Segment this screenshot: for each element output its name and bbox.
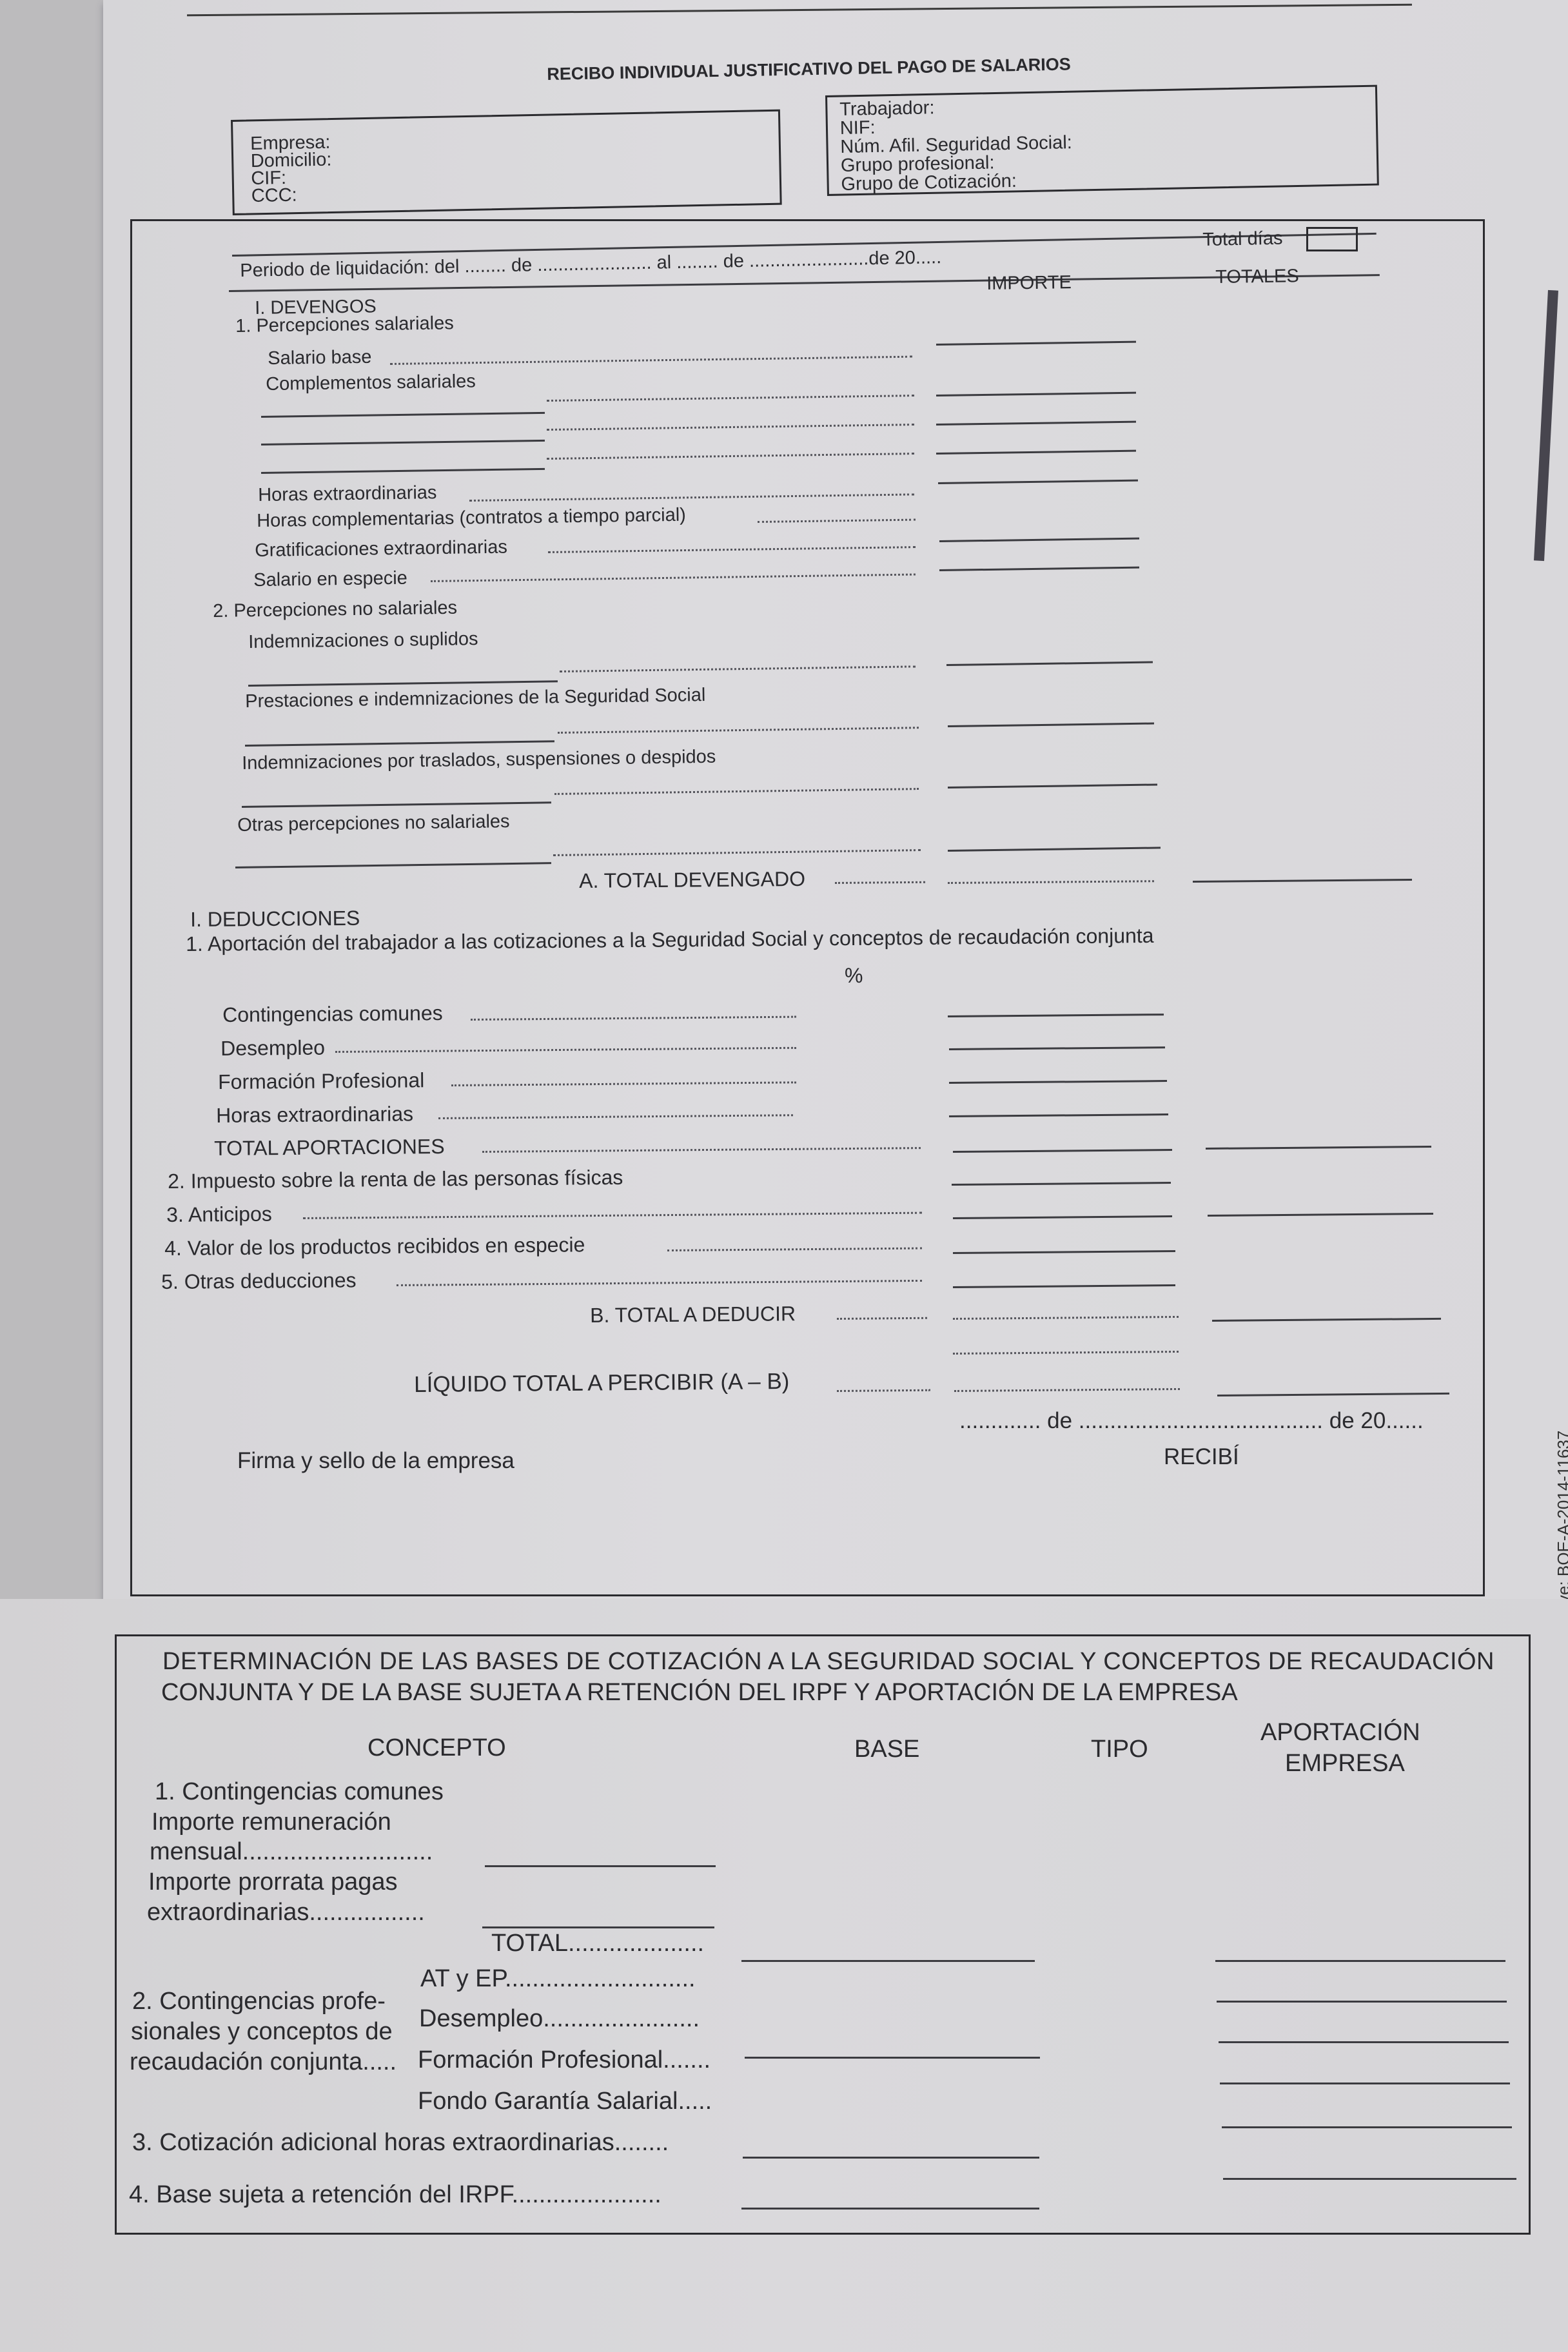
- fogasa-label: Fondo Garantía Salarial.....: [418, 2088, 712, 2115]
- anticipos-label: 3. Anticipos: [166, 1202, 272, 1227]
- bases-title-1: DETERMINACIÓN DE LAS BASES DE COTIZACIÓN…: [162, 1648, 1494, 1676]
- signature-date[interactable]: ............. de .......................…: [959, 1408, 1424, 1434]
- remuneracion-base[interactable]: [485, 1865, 716, 1867]
- horas-extra-aportacion[interactable]: [1223, 2178, 1516, 2180]
- otras-deducciones-label: 5. Otras deducciones: [161, 1268, 357, 1294]
- total-devengado-label: A. TOTAL DEVENGADO: [579, 867, 805, 893]
- ded-item-horas-extra: Horas extraordinarias: [216, 1102, 413, 1128]
- col-base: BASE: [854, 1736, 919, 1763]
- cc-total-aportacion[interactable]: [1215, 1960, 1505, 1962]
- bases-title-2: CONJUNTA Y DE LA BASE SUJETA A RETENCIÓN…: [161, 1679, 1238, 1707]
- ded-item-desempleo: Desempleo: [220, 1036, 325, 1061]
- percepciones-no-salariales: 2. Percepciones no salariales: [213, 598, 457, 622]
- cc-total-label: TOTAL....................: [491, 1930, 704, 1957]
- cp-label-2: sionales y conceptos de: [131, 2018, 393, 2046]
- deducciones-heading: I. DEDUCCIONES: [190, 906, 360, 932]
- total-deducir-label: B. TOTAL A DEDUCIR: [590, 1302, 796, 1328]
- otras-percepciones-label: Otras percepciones no salariales: [237, 811, 510, 836]
- complementos-label: Complementos salariales: [266, 371, 476, 395]
- col-aportacion-2: EMPRESA: [1285, 1750, 1405, 1778]
- cc-total-base[interactable]: [741, 1960, 1035, 1962]
- remuneracion-2: mensual............................: [150, 1838, 433, 1866]
- prorrata-1: Importe prorrata pagas: [148, 1868, 398, 1896]
- desempleo-aportacion[interactable]: [1219, 2041, 1509, 2043]
- field-domicilio: Domicilio:: [251, 152, 332, 170]
- percepciones-salariales: 1. Percepciones salariales: [235, 313, 454, 337]
- ded-item-contingencias: Contingencias comunes: [222, 1001, 443, 1027]
- prorrata-2: extraordinarias.................: [147, 1899, 425, 1926]
- firma-label: Firma y sello de la empresa: [237, 1448, 514, 1474]
- irpf-base-label: 4. Base sujeta a retención del IRPF.....…: [129, 2181, 661, 2209]
- remuneracion-1: Importe remuneración: [152, 1808, 391, 1836]
- salario-especie-label: Salario en especie: [253, 568, 407, 591]
- ded-item-formacion: Formación Profesional: [218, 1068, 424, 1094]
- at-ep-aportacion[interactable]: [1217, 2001, 1507, 2003]
- percent-column: %: [845, 964, 863, 988]
- col-concepto: CONCEPTO: [367, 1734, 506, 1762]
- cp-label-1: 2. Contingencias profe-: [132, 1988, 386, 2015]
- prorrata-base[interactable]: [482, 1926, 714, 1928]
- desempleo-base-label: Desempleo.......................: [419, 2005, 700, 2033]
- formacion-aportacion[interactable]: [1220, 2082, 1510, 2084]
- irpf-base[interactable]: [741, 2208, 1039, 2210]
- cc-heading: 1. Contingencias comunes: [155, 1778, 444, 1806]
- salario-base-label: Salario base: [268, 347, 372, 369]
- fogasa-aportacion[interactable]: [1222, 2126, 1512, 2128]
- formacion-base-label: Formación Profesional.......: [418, 2046, 710, 2074]
- indemn-suplidos-label: Indemnizaciones o suplidos: [248, 629, 478, 653]
- horas-extra-cot-label: 3. Cotización adicional horas extraordin…: [132, 2129, 669, 2157]
- recibi-label: RECIBÍ: [1164, 1444, 1239, 1470]
- total-days-input[interactable]: [1306, 227, 1358, 251]
- at-ep-label: AT y EP............................: [420, 1965, 696, 1993]
- background: [0, 0, 110, 1625]
- cp-label-3: recaudación conjunta.....: [130, 2048, 397, 2076]
- irpf-label: 2. Impuesto sobre la renta de las person…: [168, 1166, 623, 1193]
- col-tipo: TIPO: [1091, 1736, 1148, 1763]
- col-importe: IMPORTE: [986, 272, 1072, 295]
- col-aportacion-1: APORTACIÓN: [1260, 1719, 1420, 1747]
- worker-fields: Trabajador: NIF: Núm. Afil. Seguridad So…: [839, 96, 1073, 194]
- cve-code: cve: BOE-A-2014-11637: [1554, 1431, 1568, 1612]
- horas-extra-base[interactable]: [743, 2157, 1039, 2159]
- especie-label: 4. Valor de los productos recibidos en e…: [164, 1233, 585, 1260]
- col-totales: TOTALES: [1215, 266, 1299, 288]
- field-ccc: CCC:: [251, 186, 333, 205]
- total-aportaciones-label: TOTAL APORTACIONES: [214, 1135, 445, 1161]
- horas-extra-label: Horas extraordinarias: [258, 482, 437, 506]
- cp-base[interactable]: [745, 2057, 1040, 2059]
- company-fields: Empresa: Domicilio: CIF: CCC:: [250, 134, 333, 205]
- liquido-label: LÍQUIDO TOTAL A PERCIBIR (A – B): [414, 1369, 790, 1398]
- total-days-label: Total días: [1202, 228, 1283, 251]
- gratificaciones-label: Gratificaciones extraordinarias: [255, 537, 507, 562]
